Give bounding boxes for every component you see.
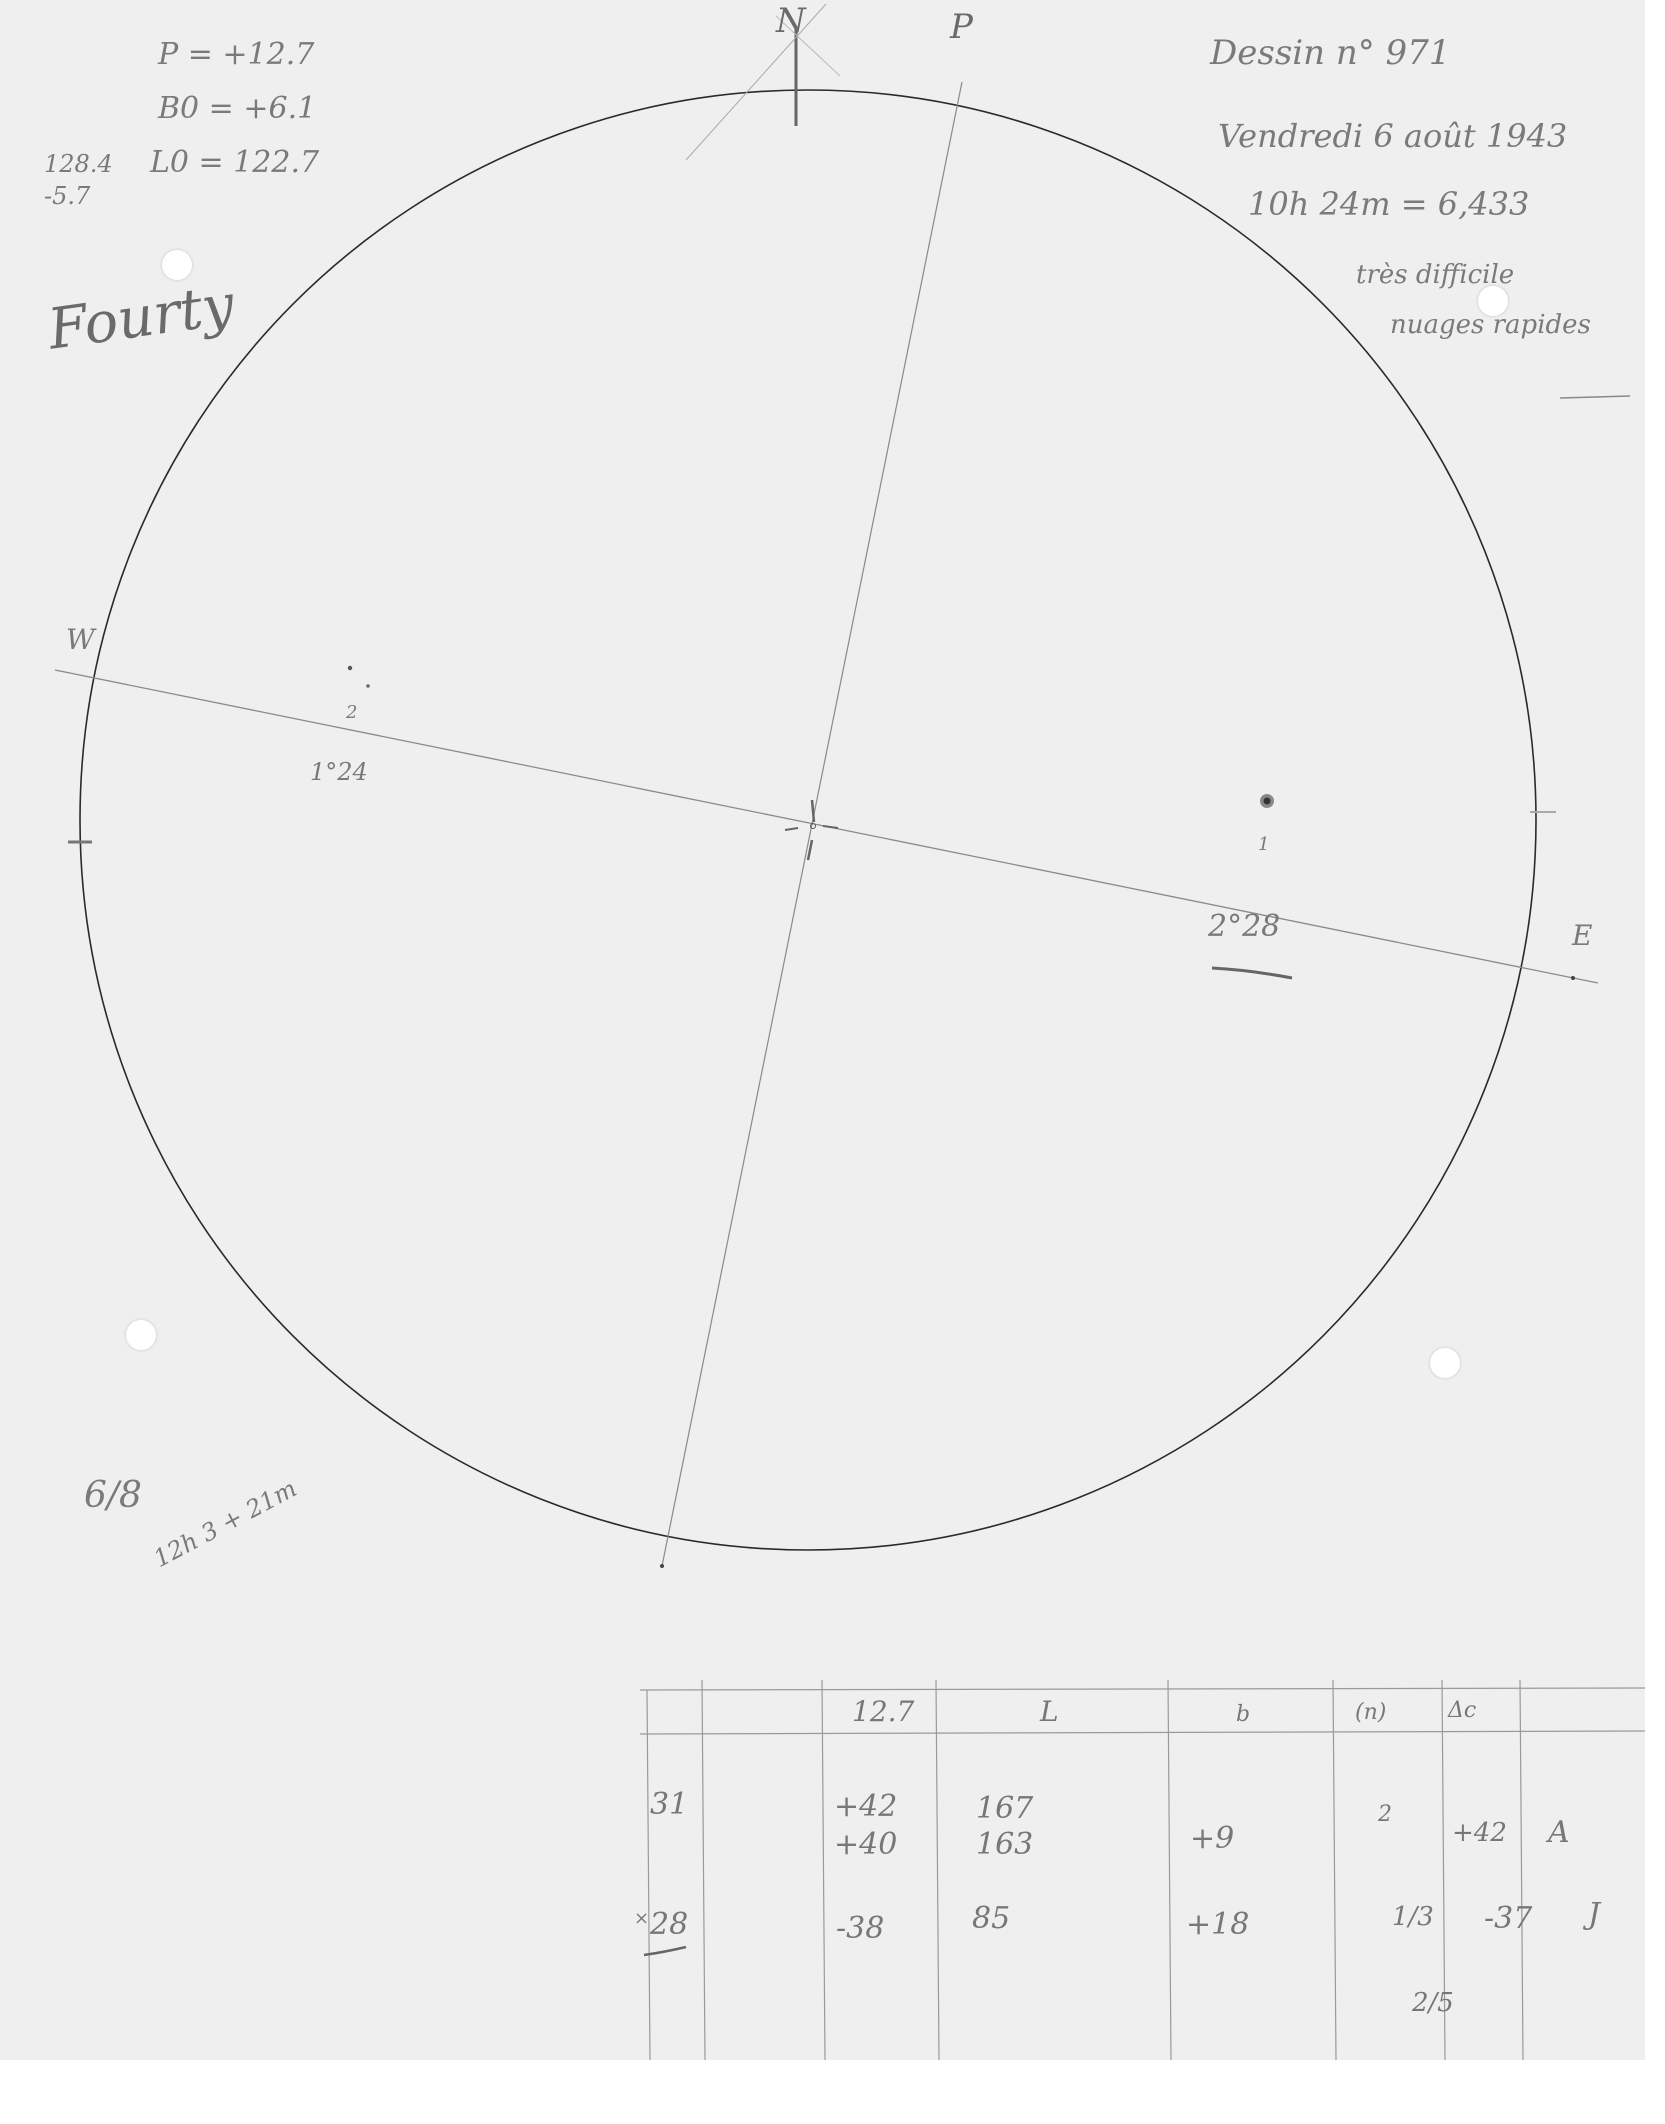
- table-cell-n: 1/3: [1392, 1904, 1434, 1930]
- table-header-longitude: L: [1040, 1698, 1059, 1726]
- l0-value: L0 = 122.7: [150, 148, 319, 178]
- footer-date: 6/8: [84, 1478, 142, 1514]
- table-cell-dc: +42: [1452, 1820, 1507, 1846]
- group-1-number: 1: [1258, 836, 1269, 854]
- table-cell-type: J: [1588, 1900, 1600, 1930]
- seeing-note: très difficile: [1356, 262, 1514, 288]
- table-cell-lat: +40: [834, 1830, 897, 1860]
- table-cell-n: 2: [1378, 1804, 1392, 1826]
- table-header-dc: Δc: [1448, 1700, 1476, 1722]
- table-cell-n-extra: 2/5: [1412, 1990, 1454, 2016]
- table-row-id-prefix: ×: [634, 1910, 649, 1928]
- east-label: E: [1572, 922, 1592, 950]
- group-2-number: 2: [346, 704, 357, 722]
- table-cell-lat: +42: [834, 1792, 897, 1822]
- group-2-position: 1°24: [310, 760, 368, 784]
- table-cell-long: 163: [976, 1830, 1033, 1860]
- table-cell-type: A: [1548, 1818, 1570, 1848]
- p-angle-value: P = +12.7: [158, 40, 314, 70]
- table-cell-lat: -38: [836, 1914, 884, 1944]
- pole-label: P: [950, 10, 973, 44]
- table-cell-b: +18: [1186, 1910, 1249, 1940]
- table-cell-b: +9: [1190, 1824, 1234, 1854]
- b0-value: B0 = +6.1: [158, 94, 316, 124]
- drawing-number: Dessin n° 971: [1210, 36, 1450, 70]
- sunspot-group-2: [348, 666, 352, 670]
- group-1-position: 2°28: [1208, 912, 1280, 942]
- table-header-b: b: [1236, 1704, 1250, 1726]
- table-cell-long: 85: [972, 1904, 1010, 1934]
- table-row-id: 28: [650, 1910, 688, 1940]
- clouds-note: nuages rapides: [1390, 312, 1591, 338]
- north-label: N: [776, 4, 806, 38]
- observation-time: 10h 24m = 6,433: [1248, 188, 1529, 220]
- table-cell-dc: -37: [1484, 1904, 1532, 1934]
- observation-date: Vendredi 6 août 1943: [1218, 120, 1567, 152]
- solar-disk-outline: [80, 90, 1536, 1550]
- measurement-table-grid: [640, 1680, 1645, 2060]
- side-calc-1: 128.4: [44, 152, 113, 176]
- table-header-n: (n): [1355, 1702, 1386, 1724]
- west-label: W: [66, 626, 95, 654]
- side-calc-2: -5.7: [44, 184, 90, 208]
- table-row-id: 31: [650, 1790, 688, 1820]
- table-cell-long: 167: [976, 1794, 1033, 1824]
- table-header-latitude: 12.7: [852, 1698, 914, 1726]
